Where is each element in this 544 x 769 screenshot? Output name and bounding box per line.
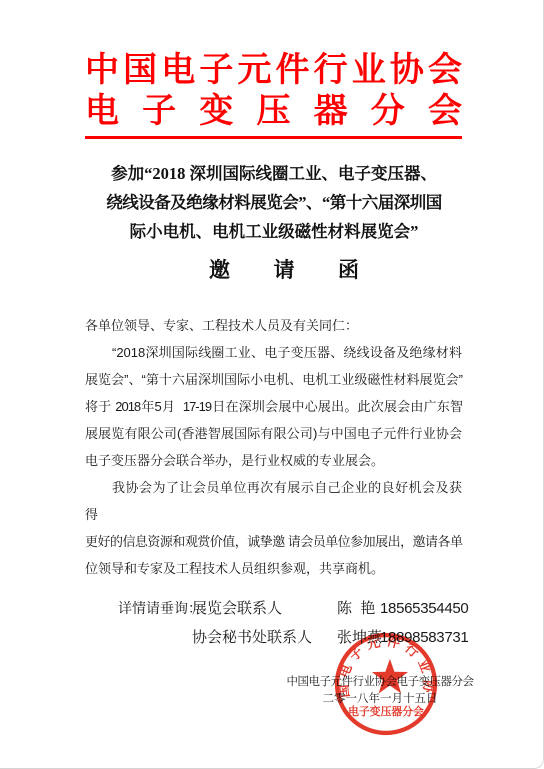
contact-section: 详情请垂询： 展览会联系人 陈 艳 18565354450 协会秘书处联系人 张… <box>85 594 462 652</box>
body-line: 将于 2018年5月 17-19日在深圳会展中心展出。此次展会由广东智 <box>85 393 462 420</box>
contact-phone: 18898583731 <box>380 623 468 652</box>
contact-role: 协会秘书处联系人 <box>192 623 312 652</box>
letter-body: 各单位领导、专家、工程技术人员及有关同仁： “2018深圳国际线圈工业、电子变压… <box>85 312 462 582</box>
event-subtitle-line-1: 参加“2018 深圳国际线圈工业、电子变压器、 <box>64 159 484 188</box>
event-subtitle-line-2: 绕线设备及绝缘材料展览会”、“第十六届深圳国 <box>64 188 484 217</box>
invitation-letter-page: 中国电子元件行业协会 电子变压器分会 参加“2018 深圳国际线圈工业、电子变压… <box>0 0 544 769</box>
body-line: 位领导和专家及工程技术人员组织参观，共享商机。 <box>85 555 462 582</box>
event-subtitle-line-3: 际小电机、电机工业级磁性材料展览会” <box>64 217 484 246</box>
body-salutation: 各单位领导、专家、工程技术人员及有关同仁： <box>85 312 462 339</box>
contact-name: 陈 艳 <box>337 594 375 623</box>
contact-row-secretariat: 协会秘书处联系人 张坤燕 18898583731 <box>85 623 462 652</box>
signature-org-name: 中国电子元件行业协会电子变压器分会 <box>218 674 542 691</box>
contact-row-exhibition: 详情请垂询： 展览会联系人 陈 艳 18565354450 <box>85 594 462 623</box>
org-title-line-1: 中国电子元件行业协会 <box>85 46 462 86</box>
body-line: “2018深圳国际线圈工业、电子变压器、绕线设备及绝缘材料 <box>85 339 462 366</box>
contact-role: 展览会联系人 <box>192 594 282 623</box>
body-line: 更好的信息资源和观赏价值，诚挚邀 请会员单位参加展出，邀请各单 <box>85 528 462 555</box>
org-title-line-2: 电子变压器分会 <box>85 86 462 128</box>
signature-block: 中国电子元件行业协会电子变压器分会 二零一八年一月十五日 <box>218 674 542 708</box>
contact-name: 张坤燕 <box>337 623 382 652</box>
event-subtitle: 参加“2018 深圳国际线圈工业、电子变压器、 绕线设备及绝缘材料展览会”、“第… <box>64 159 484 246</box>
letter-heading: 邀请函 <box>209 254 359 284</box>
body-line: 电子变压器分会联合举办，是行业权威的专业展会。 <box>85 447 462 474</box>
contact-intro-label: 详情请垂询： <box>118 594 202 623</box>
contact-phone: 18565354450 <box>380 594 468 623</box>
body-line: 展览会”、“第十六届深圳国际小电机、电机工业级磁性材料展览会” <box>85 366 462 393</box>
signature-date: 二零一八年一月十五日 <box>218 691 542 708</box>
body-line: 我协会为了让会员单位再次有展示自己企业的良好机会及获得 <box>85 474 462 528</box>
body-line: 展展览有限公司(香港智展国际有限公司)与中国电子元件行业协会 <box>85 420 462 447</box>
title-divider-rule <box>85 136 462 139</box>
